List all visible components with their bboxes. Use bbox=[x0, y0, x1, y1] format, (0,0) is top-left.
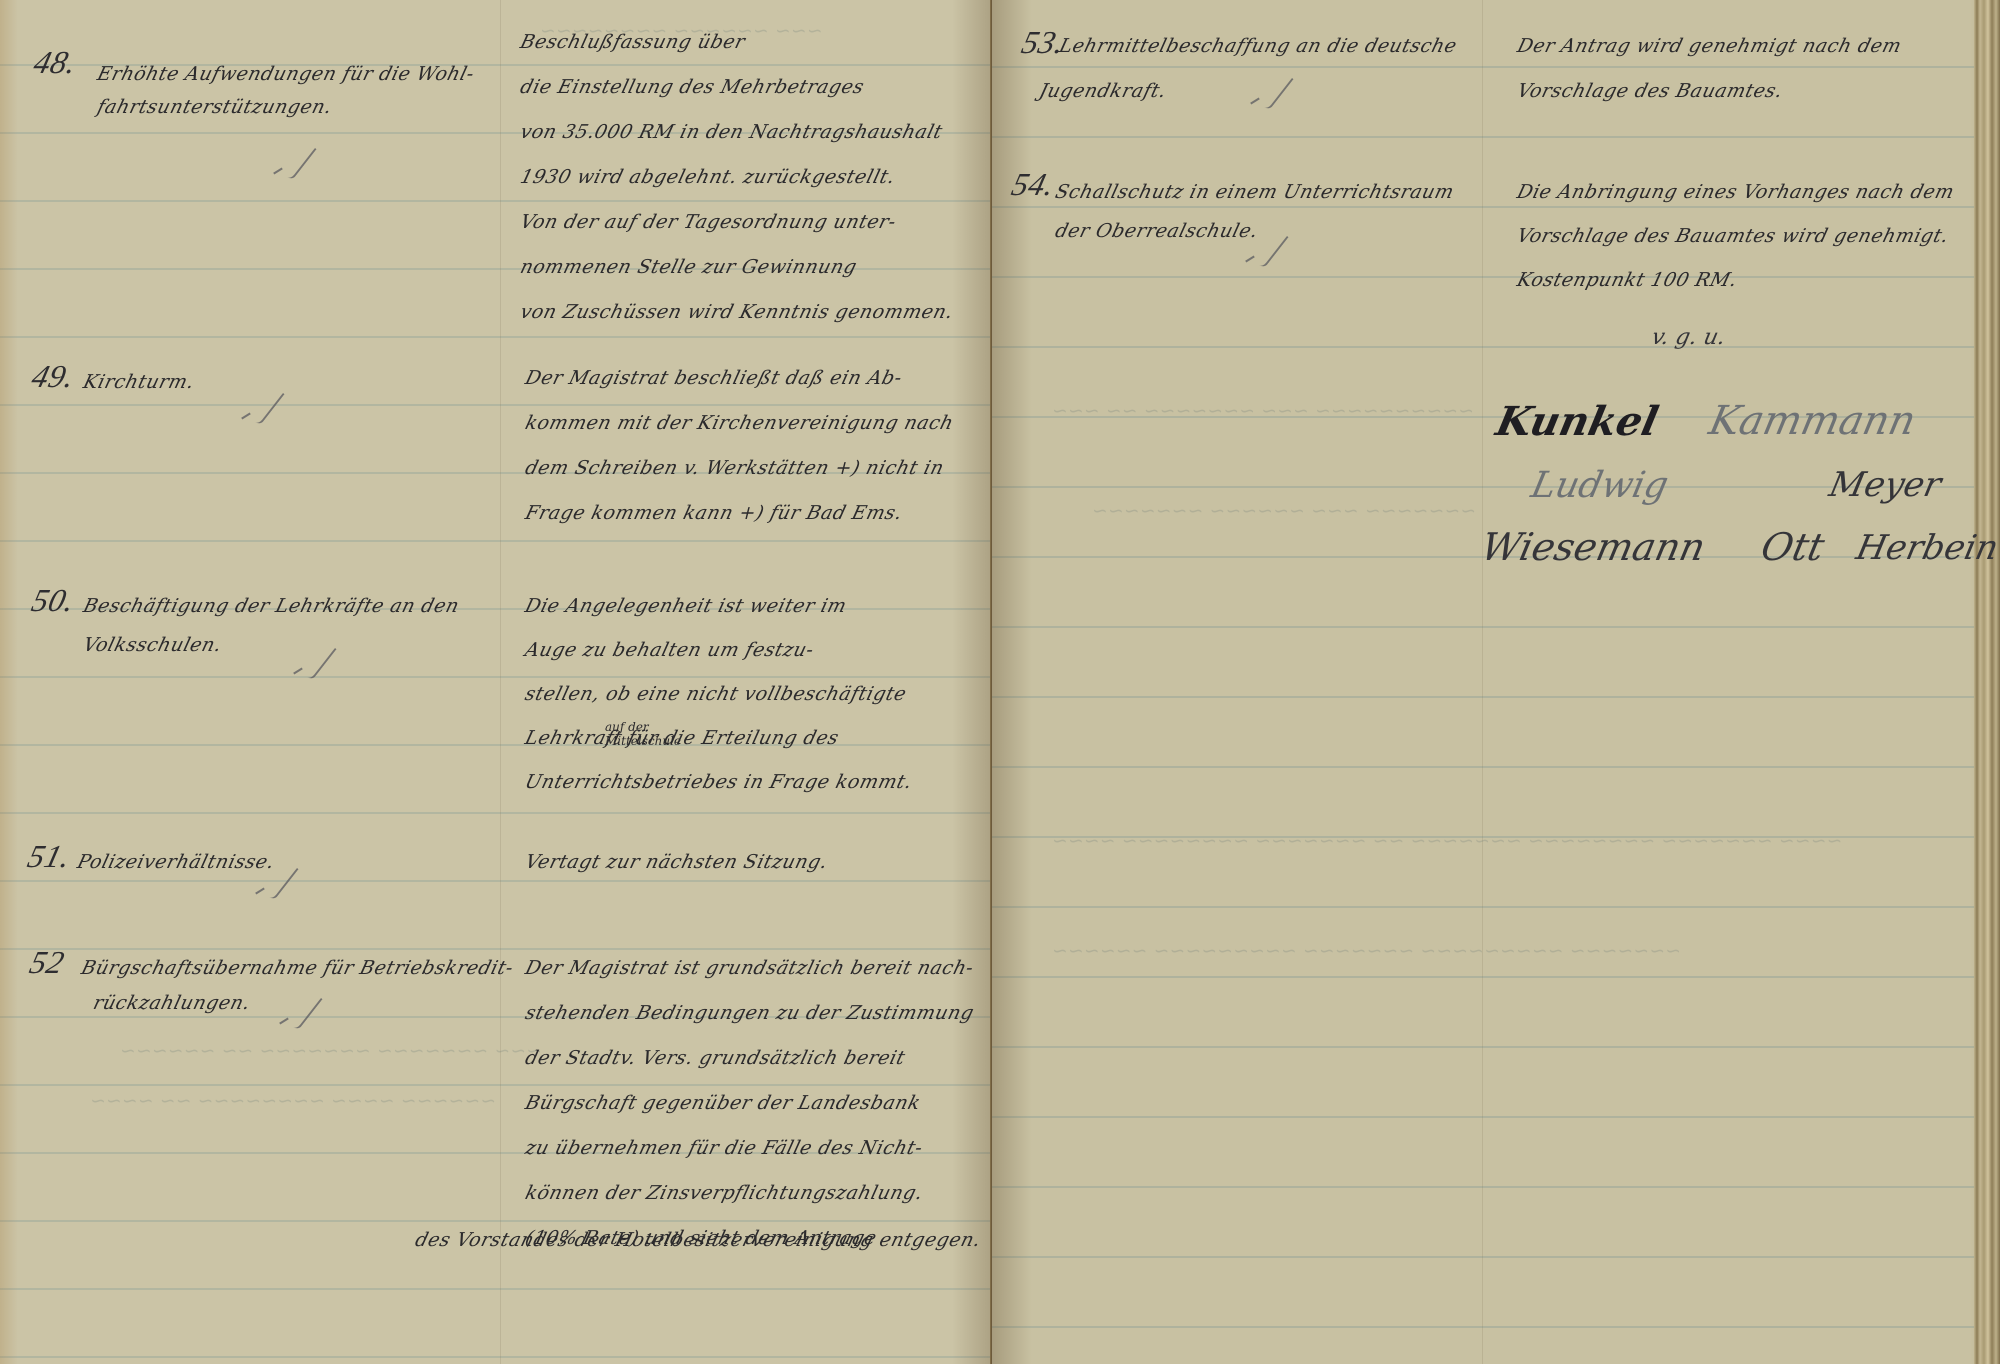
column-divider bbox=[1482, 0, 1483, 1364]
bleed-through-text: ~~~ ~~~~~~~ ~~~~~~~ ~~ ~~~~~~ bbox=[117, 1040, 545, 1062]
signature: Herbein bbox=[1853, 528, 2000, 568]
entry-number: 51. bbox=[24, 838, 75, 875]
entry-decision: Der Magistrat ist grundsätzlich bereit n… bbox=[520, 946, 968, 1261]
signature: Meyer bbox=[1826, 465, 1945, 505]
entry-number: 50. bbox=[28, 582, 79, 619]
entry-decision: Der Magistrat beschließt daß ein Ab- kom… bbox=[520, 356, 948, 536]
ledger-spread: ~~~ ~~~~~~ ~~~~~~~~ ~~~ ~~~~~~~ ~~~~~~~ … bbox=[0, 0, 2000, 1364]
entry-subject: Schallschutz in einem Unterrichtsraum de… bbox=[1050, 170, 1448, 254]
entry-subject: Beschäftigung der Lehrkräfte an den Volk… bbox=[78, 584, 453, 668]
entry-decision: Vertagt zur nächsten Sitzung. bbox=[520, 840, 822, 885]
closing-formula: v. g. u. bbox=[1649, 325, 1727, 350]
bleed-through-text: ~~~~~~~ ~~~ ~~~~~~ ~~~~~~~ bbox=[1089, 500, 1479, 522]
bleed-through-text: ~~~~~~ ~~~~ ~~~~~~~~ ~~ ~~~~ bbox=[87, 1090, 499, 1112]
checkmark-icon bbox=[279, 139, 316, 180]
entry-number: 52 bbox=[26, 944, 68, 981]
entry-decision: Die Angelegenheit ist weiter im Auge zu … bbox=[520, 584, 906, 804]
signature: Ludwig bbox=[1528, 465, 1672, 506]
signature: Ott bbox=[1757, 525, 1828, 569]
entry-subject: Kirchturm. bbox=[78, 360, 188, 405]
entry-decision-continuation: des Vorstandes der Hotelbesitzervereinig… bbox=[410, 1218, 975, 1263]
entry-decision: Der Antrag wird genehmigt nach dem Vorsc… bbox=[1512, 24, 1895, 114]
entry-number: 48. bbox=[30, 44, 81, 81]
entry-decision: Beschlußfassung über die Einstellung des… bbox=[515, 20, 947, 335]
entry-subject: Polizeiverhältnisse. bbox=[72, 840, 268, 885]
right-page: ~~~~~~~~~~ ~~~ ~~~~~~~ ~~ ~~~ ~~~~~~~ ~~… bbox=[992, 0, 2000, 1364]
entry-number: 49. bbox=[28, 358, 79, 395]
entry-decision: Die Anbringung eines Vorhanges nach dem … bbox=[1512, 170, 1948, 302]
checkmark-icon bbox=[247, 384, 284, 425]
bleed-through-text: ~~~~~~~~~~ ~~~ ~~~~~~~ ~~ ~~~ bbox=[1049, 400, 1477, 422]
bleed-through-text: ~~~~ ~~~~~~~ ~~~~~~~~ ~~~~~~~ ~~ ~~~~~~~… bbox=[1049, 830, 1845, 852]
column-divider bbox=[500, 0, 501, 1364]
entry-subject: Erhöhte Aufwendungen für die Wohl- fahrt… bbox=[92, 52, 468, 130]
page-edge-stack bbox=[1974, 0, 2000, 1364]
bleed-through-text: ~~~~~~~ ~~~~~~~~~ ~~~~~~~ ~~~~~~~~~ ~~~~… bbox=[1049, 940, 1684, 962]
interlinear-insertion: auf der Mittelschule bbox=[605, 720, 681, 748]
signature: Kammann bbox=[1705, 398, 1920, 444]
left-page: ~~~ ~~~~~~ ~~~~~~~~ ~~~ ~~~~~~~ ~~~~~~~ … bbox=[0, 0, 992, 1364]
signature: Wiesemann bbox=[1477, 525, 1709, 569]
signature: Kunkel bbox=[1492, 398, 1662, 445]
